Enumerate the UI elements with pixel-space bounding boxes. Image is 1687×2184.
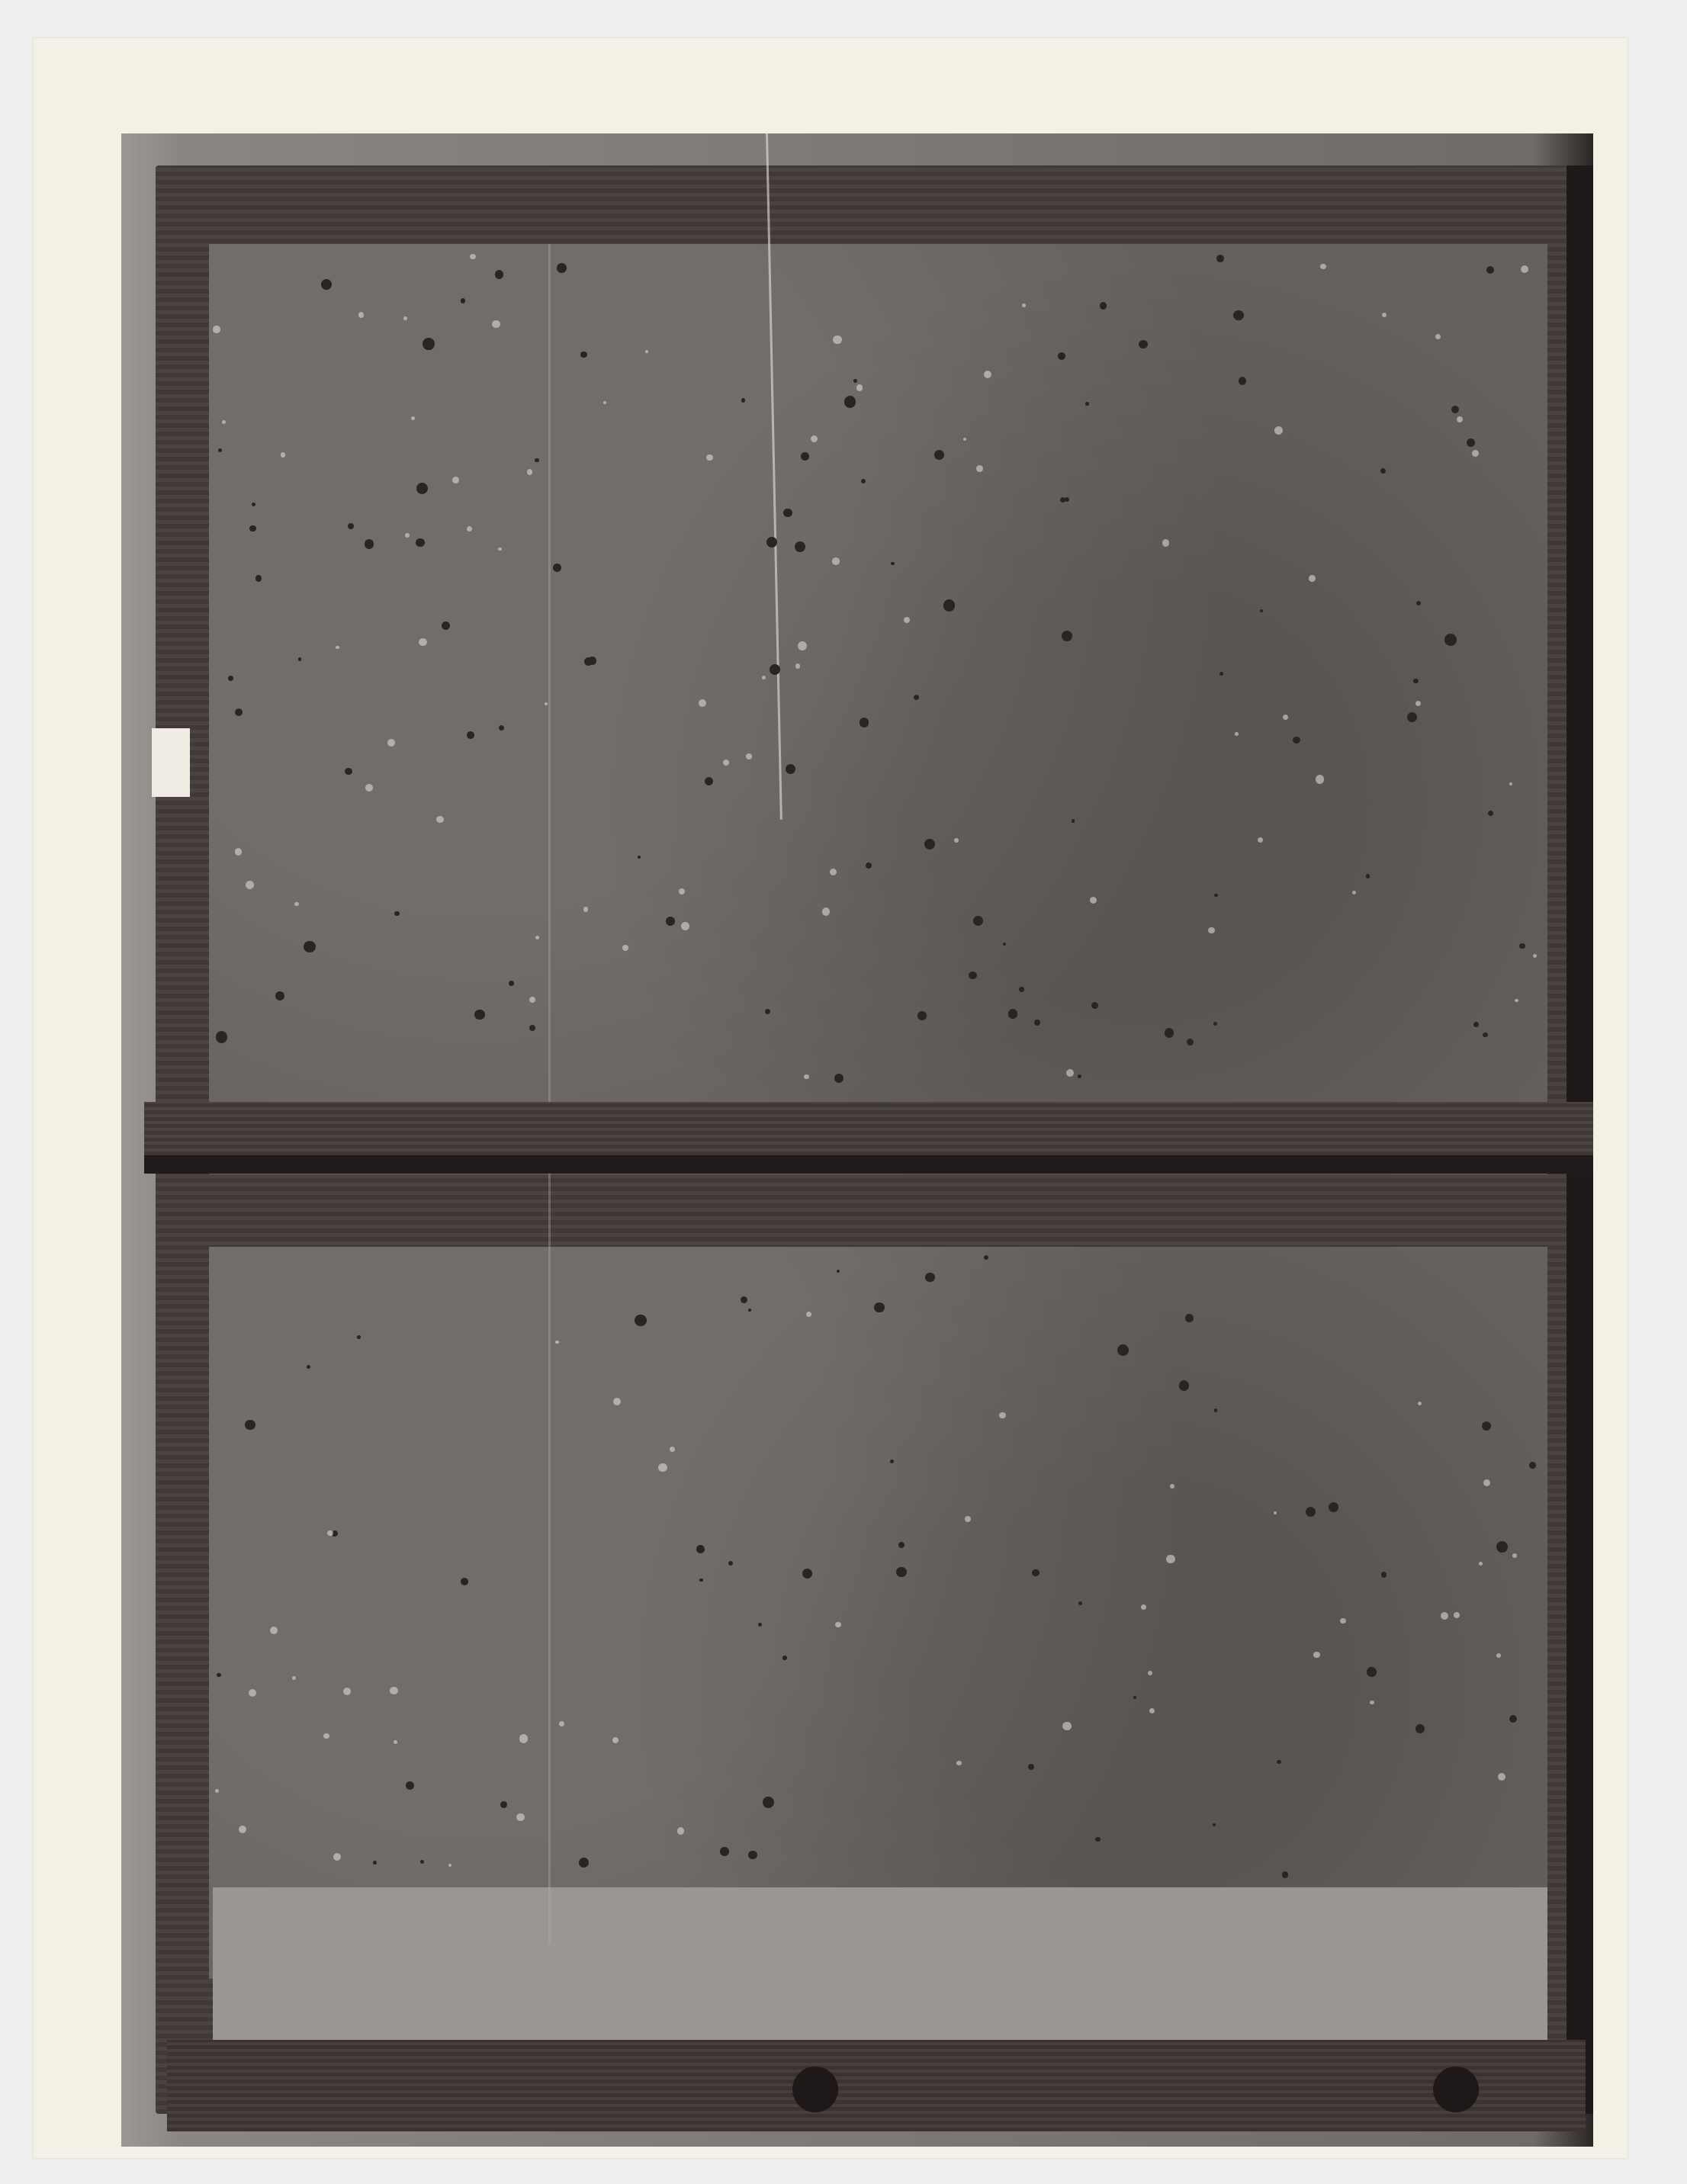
stain xyxy=(588,657,596,664)
stain xyxy=(782,1656,786,1659)
stain xyxy=(218,448,222,452)
stain xyxy=(579,1858,589,1868)
stain xyxy=(516,1813,524,1821)
stain xyxy=(795,541,805,552)
stain xyxy=(423,338,435,350)
stain xyxy=(442,621,450,630)
stain xyxy=(559,1721,564,1726)
stain xyxy=(467,731,474,739)
stain xyxy=(954,838,959,843)
stain xyxy=(835,1622,841,1628)
stain xyxy=(249,525,256,532)
stain xyxy=(1141,1604,1146,1610)
stain xyxy=(1473,1022,1479,1027)
stain xyxy=(762,676,766,679)
stain xyxy=(499,725,504,731)
stain xyxy=(934,450,944,460)
stain xyxy=(904,617,910,623)
stain xyxy=(766,537,777,548)
stain xyxy=(1380,468,1386,474)
stain xyxy=(1483,1479,1490,1486)
stain xyxy=(1329,1502,1338,1512)
stain xyxy=(1444,634,1457,646)
stain xyxy=(420,1860,424,1864)
stain xyxy=(1090,897,1097,904)
stain xyxy=(746,753,752,760)
stain xyxy=(1313,1652,1319,1658)
wood-knot xyxy=(792,2067,838,2112)
stain xyxy=(1028,1764,1034,1770)
stain xyxy=(545,702,548,705)
stain xyxy=(470,254,475,259)
stain xyxy=(681,922,689,930)
stain xyxy=(216,1031,227,1042)
stain xyxy=(853,379,857,383)
stain xyxy=(1509,782,1512,785)
stain xyxy=(390,1687,397,1694)
stain xyxy=(419,638,426,646)
stain xyxy=(304,941,316,953)
stain xyxy=(1340,1618,1345,1624)
stain xyxy=(741,398,745,402)
stain xyxy=(705,777,713,785)
stain xyxy=(1352,891,1356,894)
stain xyxy=(943,599,955,611)
stain xyxy=(802,1569,812,1579)
stain xyxy=(1060,497,1065,503)
stain xyxy=(358,312,365,318)
stain xyxy=(720,1847,729,1856)
stain xyxy=(891,562,895,566)
stain xyxy=(1185,1314,1193,1322)
stain xyxy=(1091,1002,1098,1009)
stain xyxy=(1283,715,1288,720)
stain xyxy=(844,396,856,408)
stain xyxy=(1274,426,1283,435)
stain xyxy=(555,1341,558,1344)
stain xyxy=(1133,1696,1136,1699)
stain xyxy=(806,1312,811,1317)
stain xyxy=(822,907,831,916)
stain xyxy=(1472,450,1479,457)
stain xyxy=(583,907,588,911)
stain xyxy=(1366,874,1370,878)
stain xyxy=(613,1398,621,1405)
stain xyxy=(976,465,983,472)
stain xyxy=(343,1688,351,1695)
stain xyxy=(696,1545,705,1553)
stain xyxy=(783,509,792,517)
stain xyxy=(1239,377,1247,385)
stain xyxy=(833,336,841,344)
stain xyxy=(228,676,233,681)
stain xyxy=(365,784,373,792)
stain xyxy=(1293,737,1300,744)
stain xyxy=(213,326,220,332)
stain xyxy=(834,1074,843,1083)
stain xyxy=(492,320,500,328)
stain xyxy=(999,1412,1005,1418)
stain xyxy=(860,718,869,727)
stain xyxy=(1085,402,1088,405)
canvas-lower-panel xyxy=(209,1247,1547,1979)
stain xyxy=(500,1801,507,1808)
photograph xyxy=(121,133,1593,2147)
stain xyxy=(1407,712,1417,722)
stain xyxy=(832,557,840,565)
stain xyxy=(1166,1555,1175,1564)
stain xyxy=(1179,1380,1189,1390)
stain xyxy=(495,270,503,278)
stain xyxy=(474,1010,485,1020)
collection-label xyxy=(152,728,190,797)
stain xyxy=(255,575,262,582)
stain xyxy=(1022,304,1026,307)
stain xyxy=(292,1676,296,1680)
stain xyxy=(706,454,712,461)
stain xyxy=(327,1530,333,1537)
stain xyxy=(298,657,302,661)
stain xyxy=(270,1627,278,1634)
stain xyxy=(1162,539,1169,546)
stain xyxy=(1316,775,1325,784)
stain xyxy=(1214,894,1217,897)
stain xyxy=(1309,575,1316,582)
stain xyxy=(748,1309,751,1312)
stain xyxy=(1062,1722,1071,1730)
stain xyxy=(1095,1837,1100,1842)
stain xyxy=(217,1673,221,1678)
stain xyxy=(1072,819,1075,823)
stain xyxy=(580,352,586,358)
stain xyxy=(345,768,352,776)
stain xyxy=(677,1827,684,1834)
stain xyxy=(394,911,400,917)
stain xyxy=(1454,1612,1460,1618)
stain xyxy=(1451,406,1459,413)
stain xyxy=(452,477,459,483)
stain xyxy=(1213,1823,1216,1826)
stain xyxy=(699,1579,702,1582)
stain xyxy=(795,663,801,669)
stain xyxy=(387,739,395,747)
stain xyxy=(801,452,809,461)
stain xyxy=(798,641,807,650)
stain xyxy=(914,695,919,700)
stain xyxy=(1078,1601,1082,1605)
stain xyxy=(748,1851,757,1859)
stain xyxy=(622,945,628,950)
stain xyxy=(758,1623,762,1627)
stain xyxy=(666,917,675,926)
stain xyxy=(436,816,443,823)
stain xyxy=(461,298,465,303)
canvas-lower-strip xyxy=(213,1887,1547,2040)
photo-print-border xyxy=(34,38,1628,2158)
stain xyxy=(1170,1484,1174,1489)
stain xyxy=(509,981,514,986)
stain xyxy=(1498,1773,1505,1781)
stain xyxy=(896,1567,906,1577)
stain xyxy=(874,1302,884,1312)
stain xyxy=(373,1861,377,1864)
stain xyxy=(365,539,374,548)
stain xyxy=(763,1797,774,1808)
stain xyxy=(1416,601,1421,605)
stain xyxy=(1529,1462,1536,1469)
stain xyxy=(215,1789,219,1793)
stain xyxy=(1149,1708,1155,1713)
stain xyxy=(294,902,298,906)
stain xyxy=(403,316,407,320)
stain xyxy=(898,1542,905,1548)
stretcher-bottom-rail xyxy=(167,2040,1586,2131)
stain xyxy=(1019,987,1024,992)
stain xyxy=(1519,943,1525,949)
stain xyxy=(1187,1039,1194,1045)
stain xyxy=(1486,266,1494,274)
stain xyxy=(925,1273,935,1283)
stain xyxy=(406,1781,413,1789)
stain xyxy=(1277,1760,1281,1764)
stain xyxy=(635,1315,646,1326)
stain xyxy=(416,538,424,547)
stain xyxy=(612,1737,619,1743)
wood-knot xyxy=(1433,2067,1479,2112)
stain xyxy=(856,384,863,391)
stain xyxy=(461,1578,468,1585)
stain xyxy=(519,1734,528,1742)
stain xyxy=(235,848,243,856)
canvas-seam xyxy=(548,244,551,1945)
stain xyxy=(917,1011,927,1020)
stain xyxy=(1100,302,1107,310)
stain xyxy=(553,564,561,572)
stretcher-crossbar xyxy=(144,1102,1593,1174)
stain xyxy=(498,548,501,551)
stain xyxy=(924,839,935,850)
stain xyxy=(658,1463,667,1473)
stain xyxy=(861,479,866,483)
stain xyxy=(394,1740,397,1744)
stain xyxy=(1235,732,1239,736)
stain xyxy=(1216,255,1224,262)
canvas-upper-panel xyxy=(209,244,1547,1174)
stain xyxy=(405,533,410,538)
stain xyxy=(239,1826,246,1833)
stain xyxy=(1413,679,1418,683)
stain xyxy=(956,1761,961,1765)
stain xyxy=(249,1689,256,1697)
stain xyxy=(1496,1541,1508,1553)
stain xyxy=(1367,1667,1376,1676)
stain xyxy=(416,483,428,494)
stain xyxy=(1214,1408,1217,1412)
stain xyxy=(357,1335,361,1339)
stain xyxy=(1483,1033,1487,1037)
